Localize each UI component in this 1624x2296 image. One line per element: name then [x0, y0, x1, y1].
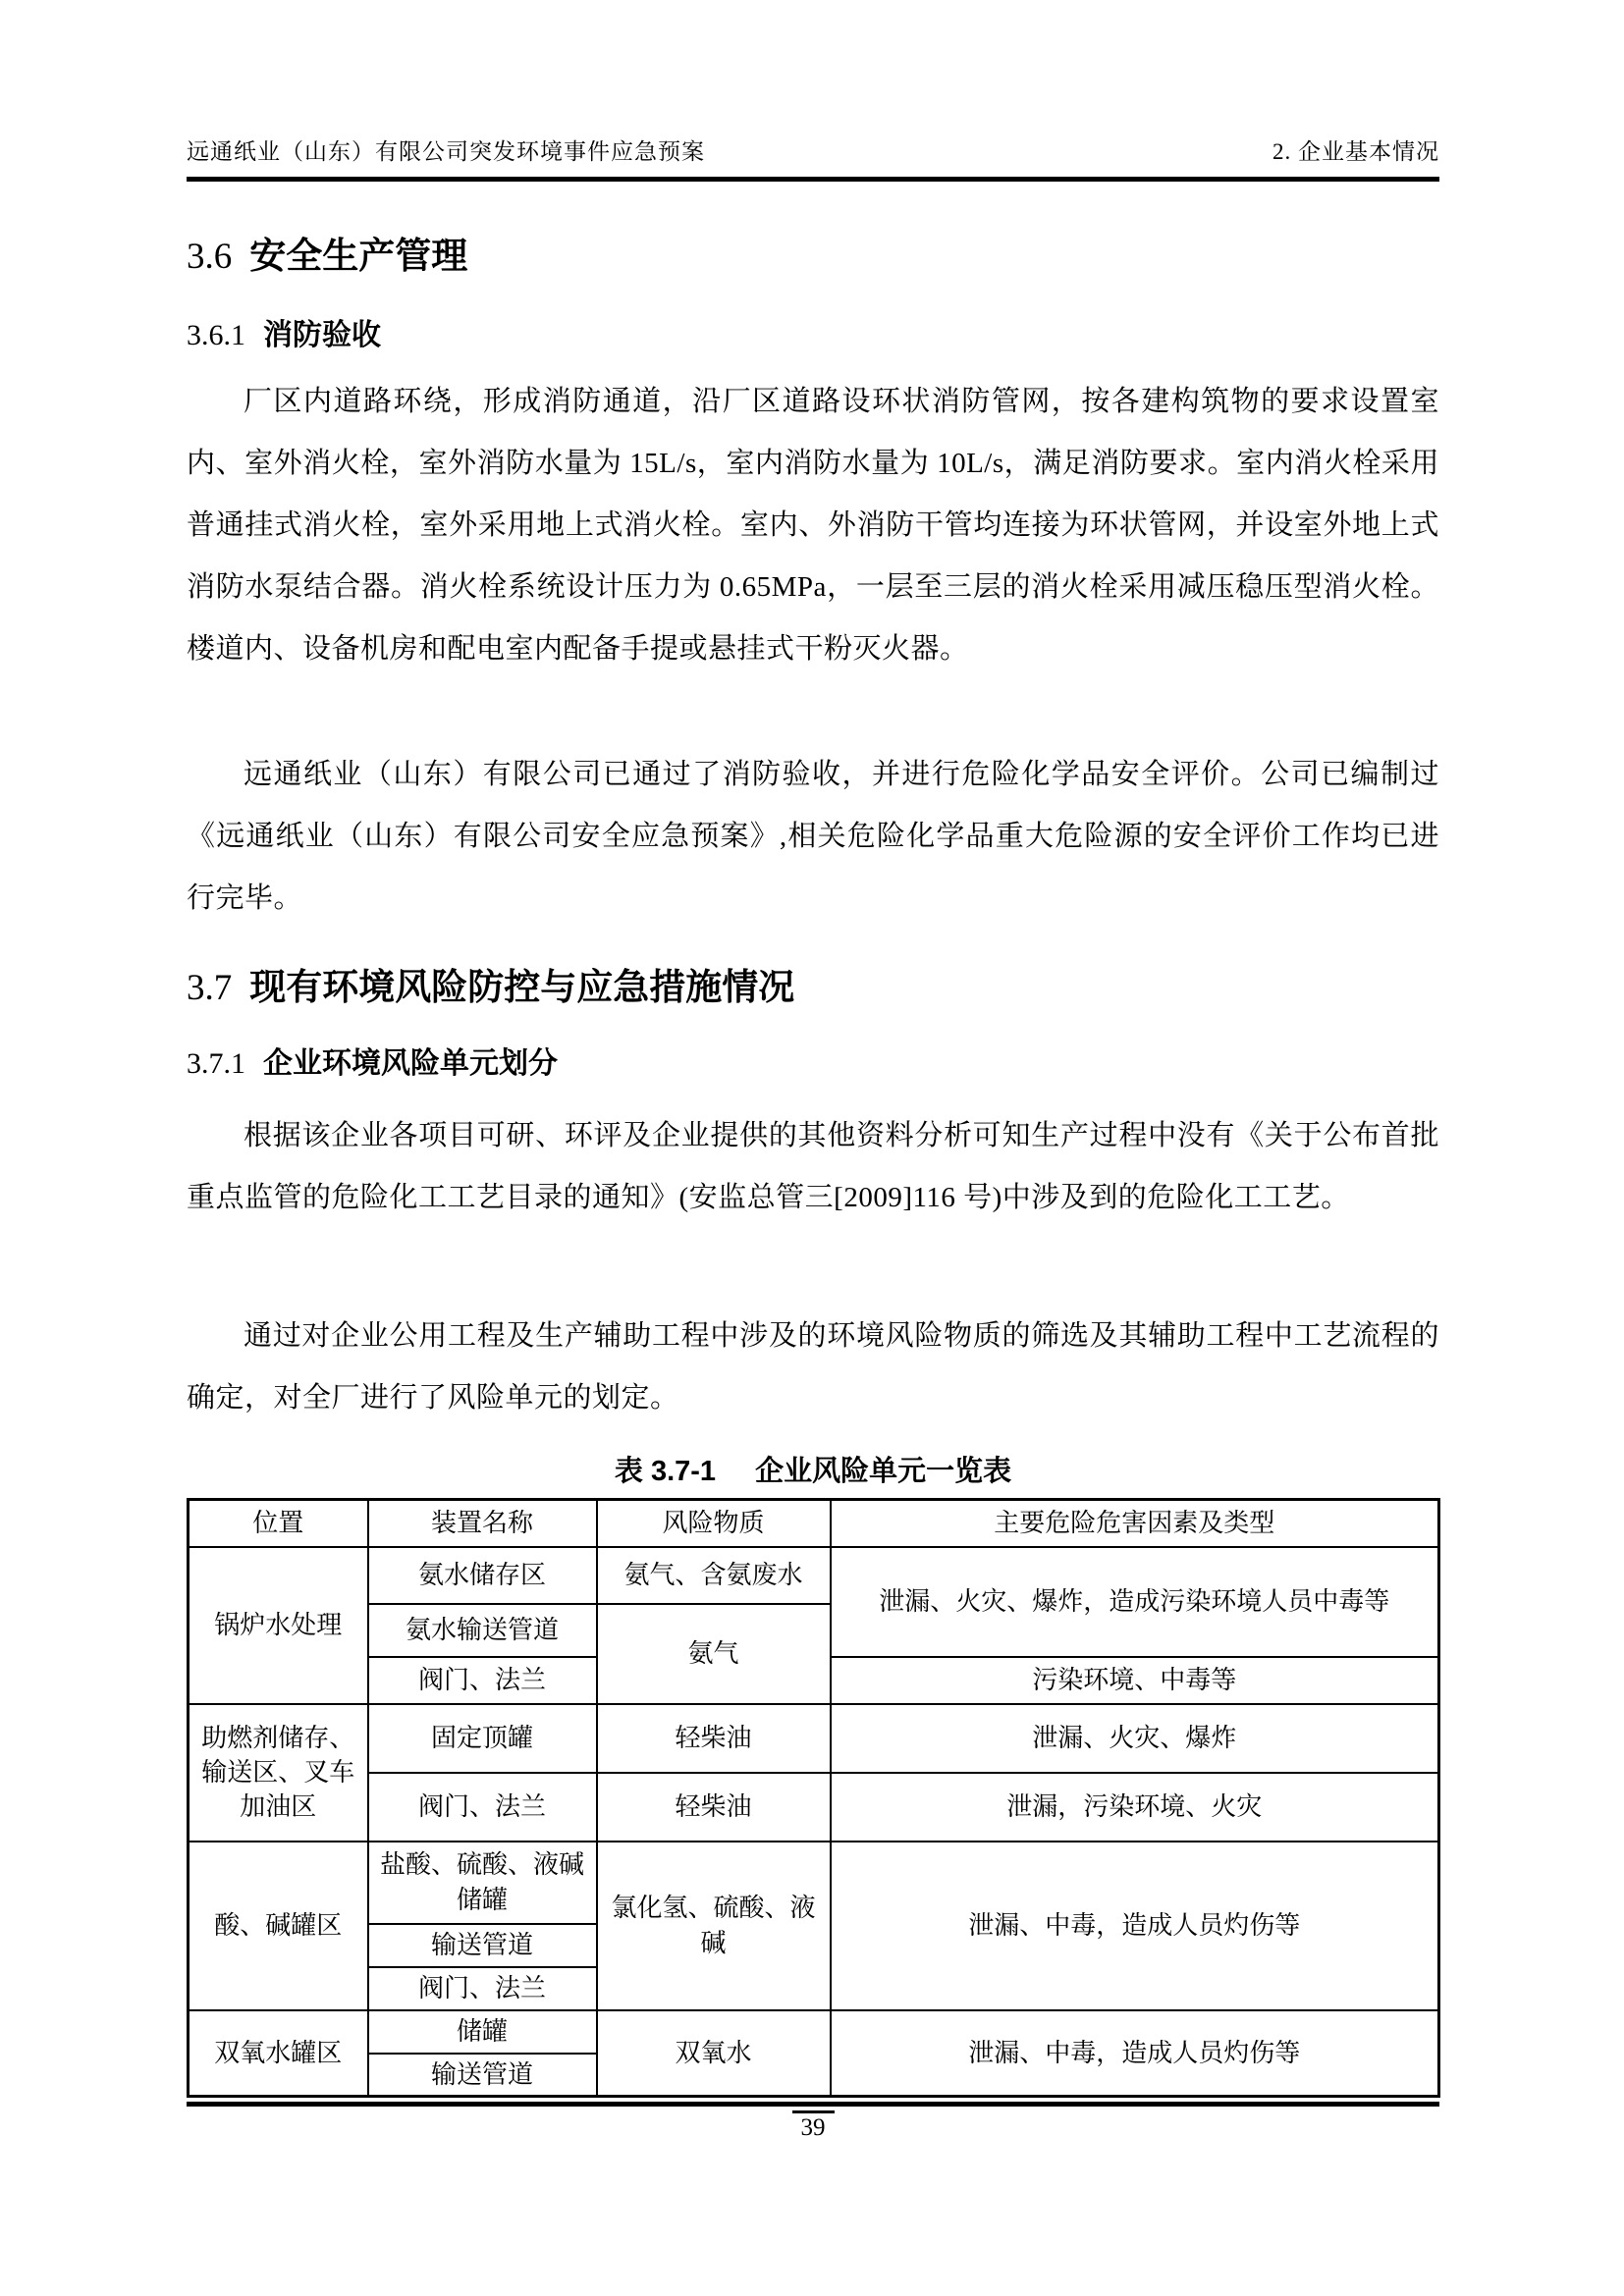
cell-substance: 氯化氢、硫酸、液碱 — [597, 1842, 831, 2010]
cell-device: 阀门、法兰 — [368, 1657, 597, 1704]
heading-3-7-number: 3.7 — [187, 968, 232, 1008]
cell-substance: 双氧水 — [597, 2010, 831, 2097]
heading-3-6-1-number: 3.6.1 — [187, 319, 245, 351]
col-header-location: 位置 — [189, 1500, 368, 1547]
cell-device: 盐酸、硫酸、液碱储罐 — [368, 1842, 597, 1924]
cell-substance: 轻柴油 — [597, 1704, 831, 1773]
heading-3-7-title: 现有环境风险防控与应急措施情况 — [249, 967, 794, 1007]
heading-3-7: 3.7现有环境风险防控与应急措施情况 — [187, 957, 1439, 1010]
col-header-device: 装置名称 — [368, 1500, 597, 1547]
cell-substance: 轻柴油 — [597, 1773, 831, 1842]
cell-hazard: 泄漏，污染环境、火灾 — [831, 1773, 1439, 1842]
cell-hazard: 泄漏、中毒，造成人员灼伤等 — [831, 2010, 1439, 2097]
table-header-row: 位置 装置名称 风险物质 主要危险危害因素及类型 — [189, 1500, 1439, 1547]
cell-location-fuel: 助燃剂储存、输送区、叉车加油区 — [189, 1704, 368, 1842]
cell-location-acid: 酸、碱罐区 — [189, 1842, 368, 2010]
table-caption-title: 企业风险单元一览表 — [755, 1456, 1011, 1487]
cell-device: 氨水储存区 — [368, 1547, 597, 1604]
cell-hazard: 泄漏、火灾、爆炸，造成污染环境人员中毒等 — [831, 1547, 1439, 1657]
footer-rule — [187, 2102, 1439, 2107]
table-row: 阀门、法兰 轻柴油 泄漏，污染环境、火灾 — [189, 1773, 1439, 1842]
cell-device: 阀门、法兰 — [368, 1773, 597, 1842]
page-header: 远通纸业（山东）有限公司突发环境事件应急预案 2. 企业基本情况 — [187, 133, 1439, 182]
heading-3-6: 3.6安全生产管理 — [187, 226, 1439, 279]
heading-3-6-title: 安全生产管理 — [249, 236, 467, 276]
cell-device: 氨水输送管道 — [368, 1604, 597, 1657]
page-number-value: 39 — [792, 2110, 835, 2142]
table-row: 锅炉水处理 氨水储存区 氨气、含氨废水 泄漏、火灾、爆炸，造成污染环境人员中毒等 — [189, 1547, 1439, 1604]
table-row: 双氧水罐区 储罐 双氧水 泄漏、中毒，造成人员灼伤等 — [189, 2010, 1439, 2054]
table-row: 助燃剂储存、输送区、叉车加油区 固定顶罐 轻柴油 泄漏、火灾、爆炸 — [189, 1704, 1439, 1773]
risk-unit-table: 位置 装置名称 风险物质 主要危险危害因素及类型 锅炉水处理 氨水储存区 氨气、… — [187, 1498, 1440, 2098]
heading-3-6-number: 3.6 — [187, 237, 232, 277]
cell-location-peroxide: 双氧水罐区 — [189, 2010, 368, 2097]
header-left-title: 远通纸业（山东）有限公司突发环境事件应急预案 — [187, 133, 705, 166]
cell-location-boiler: 锅炉水处理 — [189, 1547, 368, 1704]
col-header-substance: 风险物质 — [597, 1500, 831, 1547]
header-right-chapter: 2. 企业基本情况 — [1272, 133, 1439, 166]
cell-hazard: 泄漏、火灾、爆炸 — [831, 1704, 1439, 1773]
page-number: 39 — [187, 2110, 1439, 2142]
col-header-hazard: 主要危险危害因素及类型 — [831, 1500, 1439, 1547]
table-caption: 表 3.7-1企业风险单元一览表 — [187, 1449, 1439, 1489]
document-page: 远通纸业（山东）有限公司突发环境事件应急预案 2. 企业基本情况 3.6安全生产… — [0, 0, 1624, 2296]
cell-device: 储罐 — [368, 2010, 597, 2054]
heading-3-7-1: 3.7.1企业环境风险单元划分 — [187, 1039, 1439, 1082]
heading-3-7-1-number: 3.7.1 — [187, 1047, 245, 1080]
table-caption-label: 表 3.7-1 — [615, 1456, 716, 1487]
table-row: 酸、碱罐区 盐酸、硫酸、液碱储罐 氯化氢、硫酸、液碱 泄漏、中毒，造成人员灼伤等 — [189, 1842, 1439, 1924]
paragraph-fire-protection: 厂区内道路环绕，形成消防通道，沿厂区道路设环状消防管网，按各建构筑物的要求设置室… — [187, 371, 1439, 680]
cell-device: 阀门、法兰 — [368, 1967, 597, 2010]
cell-hazard: 污染环境、中毒等 — [831, 1657, 1439, 1704]
cell-device: 固定顶罐 — [368, 1704, 597, 1773]
paragraph-fire-acceptance: 远通纸业（山东）有限公司已通过了消防验收，并进行危险化学品安全评价。公司已编制过… — [187, 744, 1439, 930]
cell-device: 输送管道 — [368, 2054, 597, 2097]
cell-device: 输送管道 — [368, 1924, 597, 1967]
heading-3-7-1-title: 企业环境风险单元划分 — [263, 1047, 558, 1080]
paragraph-risk-process: 根据该企业各项目可研、环评及企业提供的其他资料分析可知生产过程中没有《关于公布首… — [187, 1105, 1439, 1229]
cell-substance: 氨气、含氨废水 — [597, 1547, 831, 1604]
cell-hazard: 泄漏、中毒，造成人员灼伤等 — [831, 1842, 1439, 2010]
cell-substance: 氨气 — [597, 1604, 831, 1704]
paragraph-risk-unit: 通过对企业公用工程及生产辅助工程中涉及的环境风险物质的筛选及其辅助工程中工艺流程… — [187, 1306, 1439, 1429]
heading-3-6-1-title: 消防验收 — [263, 319, 381, 351]
heading-3-6-1: 3.6.1消防验收 — [187, 310, 1439, 353]
